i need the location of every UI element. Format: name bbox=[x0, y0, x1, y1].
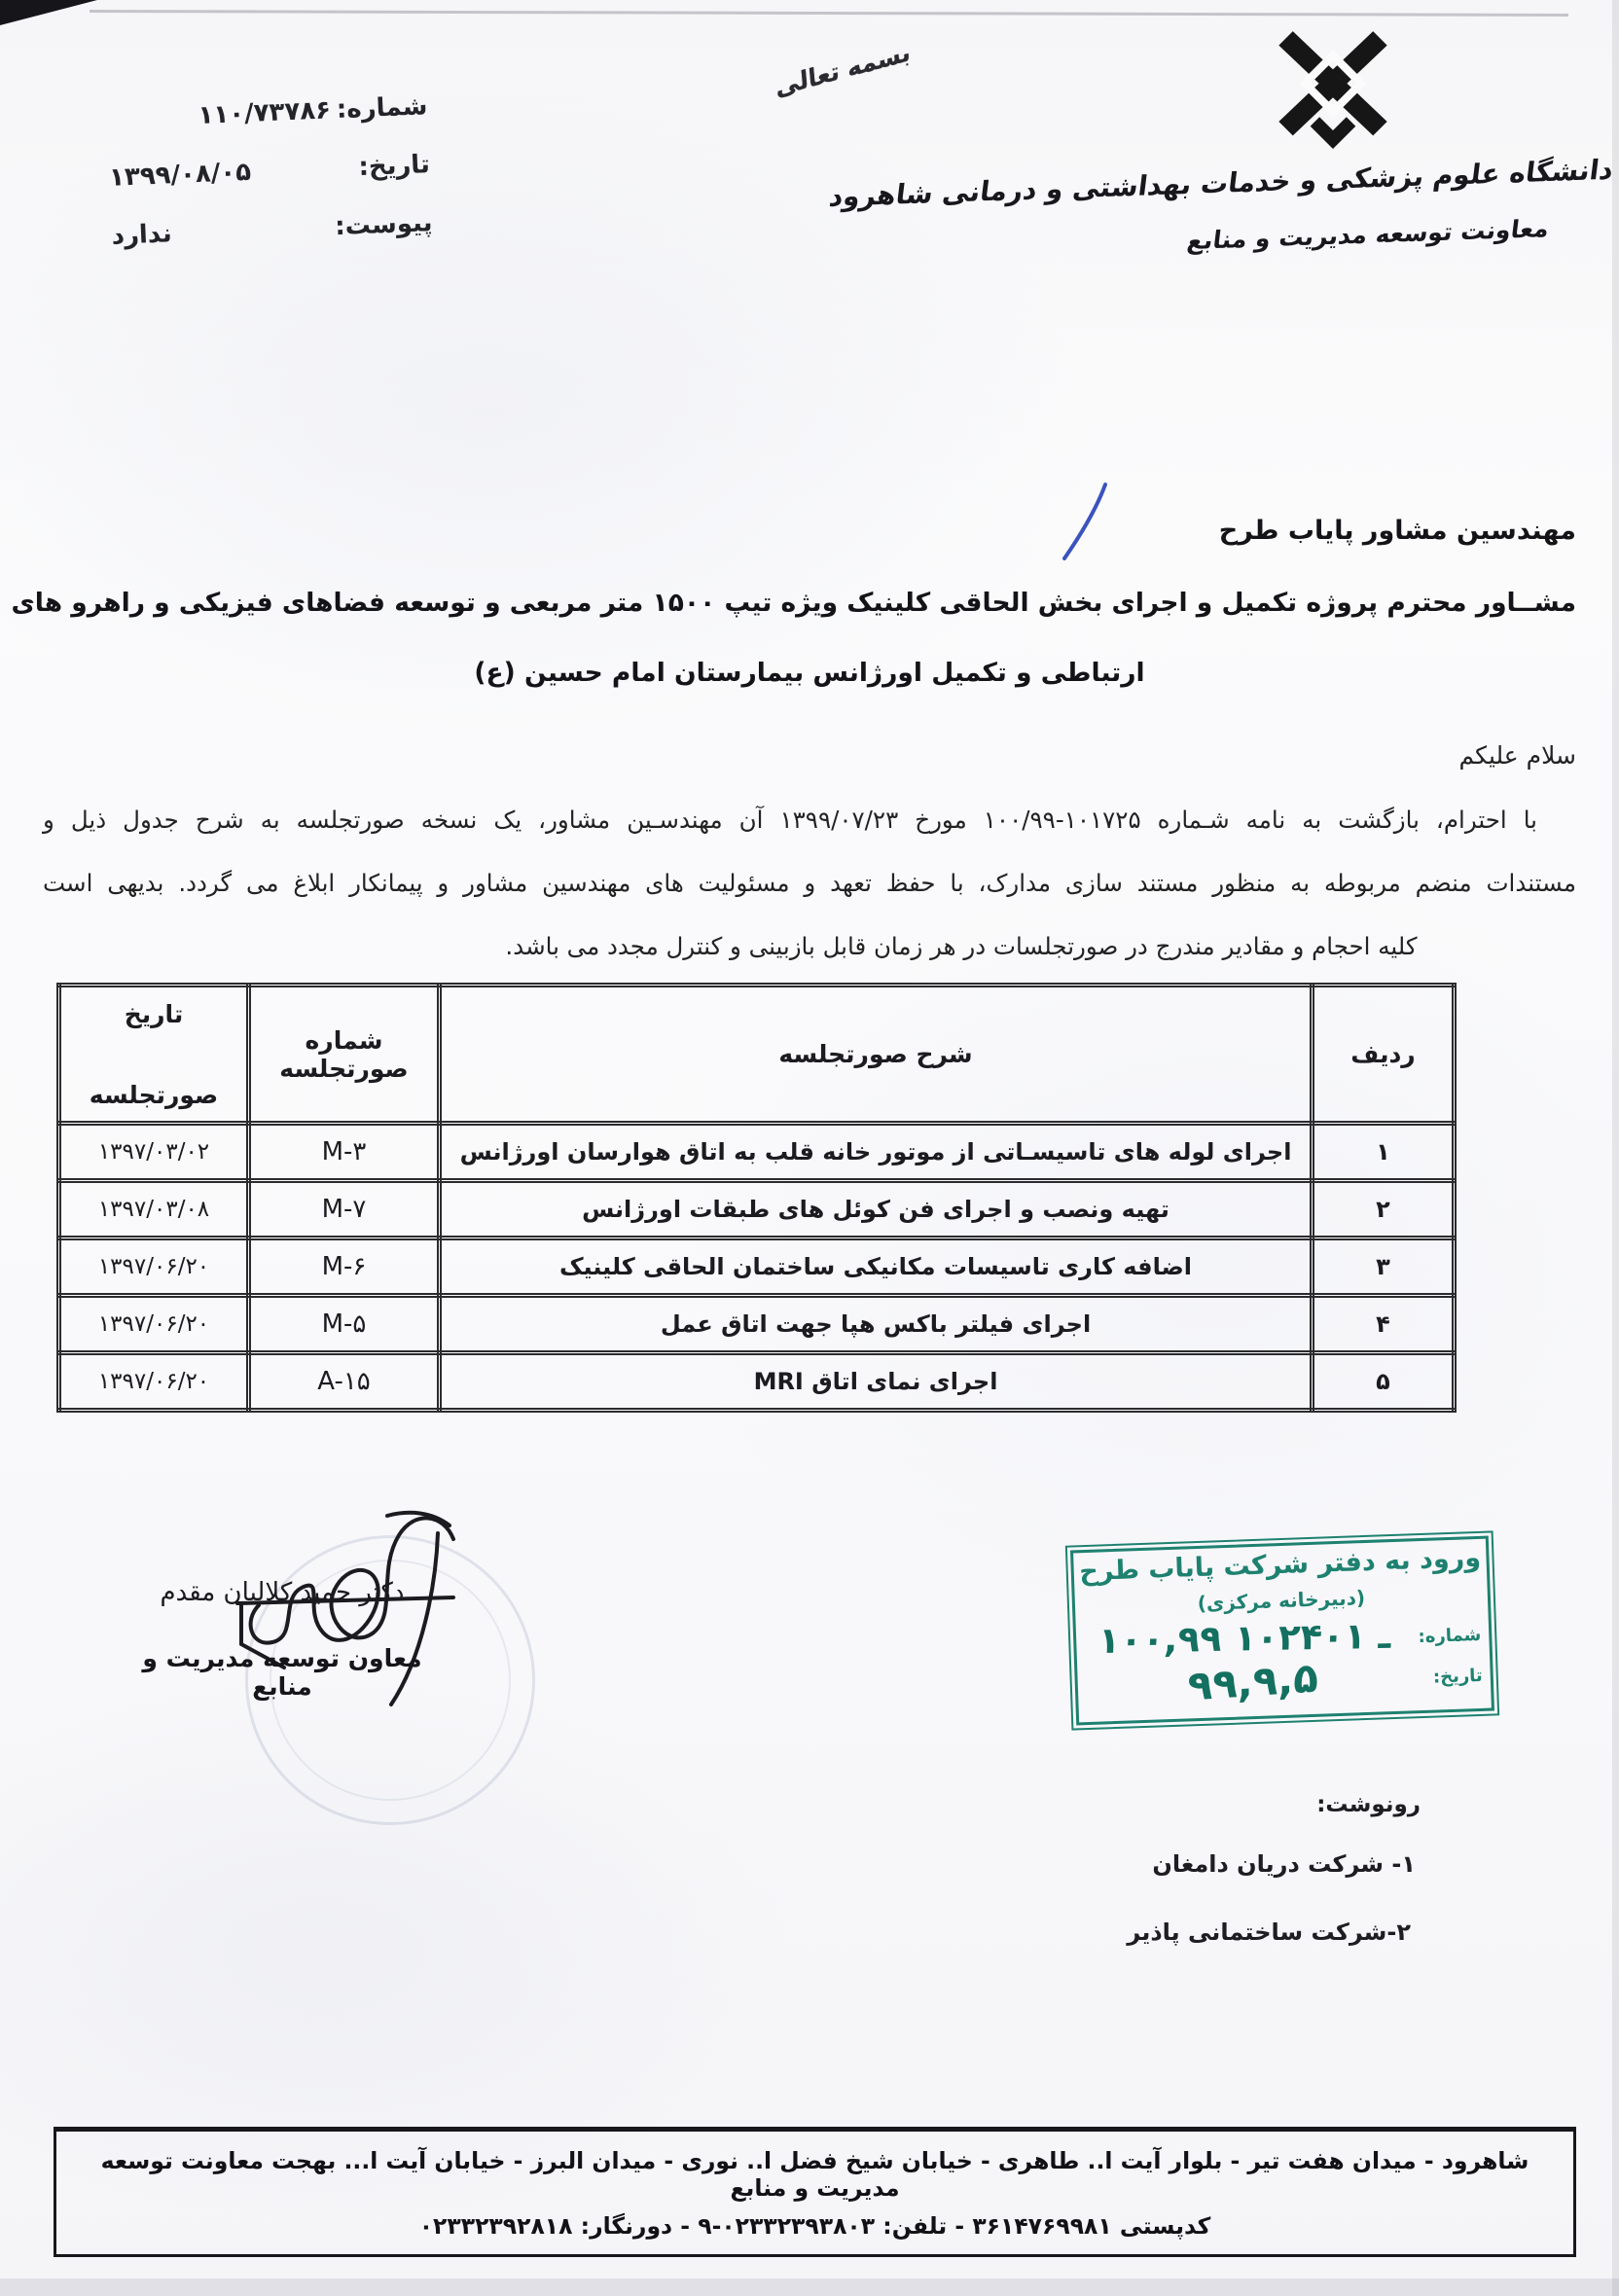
scanned-letter-page: شماره: ۱۱۰/۷۳۷۸۶ تاریخ: ۱۳۹۹/۰۸/۰۵ پیوست… bbox=[0, 0, 1619, 2296]
body-line-3: کلیه احجام و مقادیر مندرج در صورتجلسات د… bbox=[350, 932, 1572, 960]
minutes-number: M-۳ bbox=[322, 1137, 367, 1166]
minutes-table: ردیف شرح صورتجلسه شماره صورتجلسه تاریخ ص… bbox=[56, 983, 1457, 1413]
subject-line-1: مشــاور محترم پروژه تکمیل و اجرای بخش ال… bbox=[43, 588, 1576, 618]
table-row: ۲ تهیه ونصب و اجرای فن کوئل های طبقات او… bbox=[59, 1181, 1455, 1238]
letter-date-label: تاریخ: bbox=[357, 135, 431, 197]
entry-stamp-title: ورود به دفتر شرکت پایاب طرح bbox=[1073, 1543, 1487, 1588]
attachment-value: ندارد bbox=[110, 204, 172, 266]
body-line-2: مستندات منضم مربوطه به منظور مستند سازی … bbox=[43, 869, 1576, 897]
table-row: ۴ اجرای فیلتر باکس هپا جهت اتاق عمل M-۵ … bbox=[59, 1296, 1455, 1353]
signatory-title: معاون توسعه مدیریت و منابع bbox=[115, 1644, 450, 1701]
table-row: ۵ اجرای نمای اتاق MRI A-۱۵ ۱۳۹۷/۰۶/۲۰ bbox=[59, 1353, 1455, 1411]
attachment-label: پیوست: bbox=[334, 194, 434, 256]
letter-number-value: ۱۱۰/۷۳۷۸۶ bbox=[197, 81, 332, 145]
scan-bottom-edge bbox=[0, 2278, 1619, 2296]
footer-contact-line: کدپستی ۳۶۱۴۷۶۹۹۸۱ - تلفن: ۰۲۳۳۲۳۹۳۸۰۳-۹ … bbox=[56, 2212, 1573, 2240]
table-row: ۳ اضافه کاری تاسیسات مکانیکی ساختمان الح… bbox=[59, 1238, 1455, 1296]
letterhead-university-name: دانشگاه علوم پزشکی و خدمات بهداشتی و درم… bbox=[1146, 154, 1615, 202]
scan-right-edge bbox=[1612, 0, 1619, 2296]
entry-stamp: ورود به دفتر شرکت پایاب طرح (دبیرخانه مر… bbox=[1070, 1536, 1494, 1726]
letter-meta-block: شماره: ۱۱۰/۷۳۷۸۶ تاریخ: ۱۳۹۹/۰۸/۰۵ پیوست… bbox=[105, 77, 433, 266]
entry-stamp-number-label: شماره: bbox=[1418, 1625, 1481, 1647]
minutes-number: M-۷ bbox=[322, 1195, 367, 1224]
letterhead-deputy-name: معاونت توسعه مدیریت و منابع bbox=[1216, 214, 1550, 254]
entry-stamp-subtitle: (دبیرخانه مرکزی) bbox=[1075, 1582, 1489, 1620]
scan-edge-streak bbox=[90, 10, 1568, 17]
copy-recipient-2: ۲-شرکت ساختمانی پاذیر bbox=[1127, 1919, 1411, 1946]
header-date: تاریخ صورتجلسه bbox=[59, 986, 249, 1124]
scan-corner-artifact bbox=[0, 0, 97, 25]
letter-date-value: ۱۳۹۹/۰۸/۰۵ bbox=[108, 143, 252, 207]
body-line-1: با احترام، بازگشت به نامه شـماره ۱۰۱۷۲۵-… bbox=[43, 806, 1576, 834]
bismillah-calligraphy: بسمه تعالی bbox=[768, 37, 911, 103]
recipient-name-line: مهندسین مشاور پایاب طرح bbox=[43, 516, 1576, 546]
footer-address-line: شاهرود - میدان هفت تیر - بلوار آیت ا.. ط… bbox=[56, 2147, 1573, 2202]
copy-recipient-1: ۱- شرکت دریان دامغان bbox=[1152, 1850, 1416, 1878]
letter-number-label: شماره: bbox=[336, 77, 429, 139]
signatory-name: دکتر حمید کلالیان مقدم bbox=[136, 1578, 428, 1607]
minutes-number: A-۱۵ bbox=[317, 1367, 371, 1396]
minutes-number: M-۶ bbox=[322, 1252, 367, 1281]
university-logo-icon bbox=[1261, 25, 1405, 156]
minutes-number: M-۵ bbox=[322, 1309, 367, 1339]
header-number: شماره صورتجلسه bbox=[249, 986, 440, 1124]
header-description: شرح صورتجلسه bbox=[440, 986, 1313, 1124]
subject-line-2: ارتباطی و تکمیل اورژانس بیمارستان امام ح… bbox=[43, 658, 1576, 688]
table-row: ۱ اجرای لوله های تاسیسـاتی از موتور خانه… bbox=[59, 1124, 1455, 1181]
entry-stamp-date-label: تاریخ: bbox=[1433, 1666, 1484, 1688]
salutation-line: سلام علیکم bbox=[43, 741, 1576, 770]
table-header-row: ردیف شرح صورتجلسه شماره صورتجلسه تاریخ ص… bbox=[59, 986, 1455, 1124]
footer-address-box: شاهرود - میدان هفت تیر - بلوار آیت ا.. ط… bbox=[54, 2127, 1576, 2257]
copies-label: رونوشت: bbox=[1316, 1792, 1421, 1817]
header-row-no: ردیف bbox=[1313, 986, 1455, 1124]
letter-attachment-row: پیوست: ندارد bbox=[110, 194, 433, 266]
